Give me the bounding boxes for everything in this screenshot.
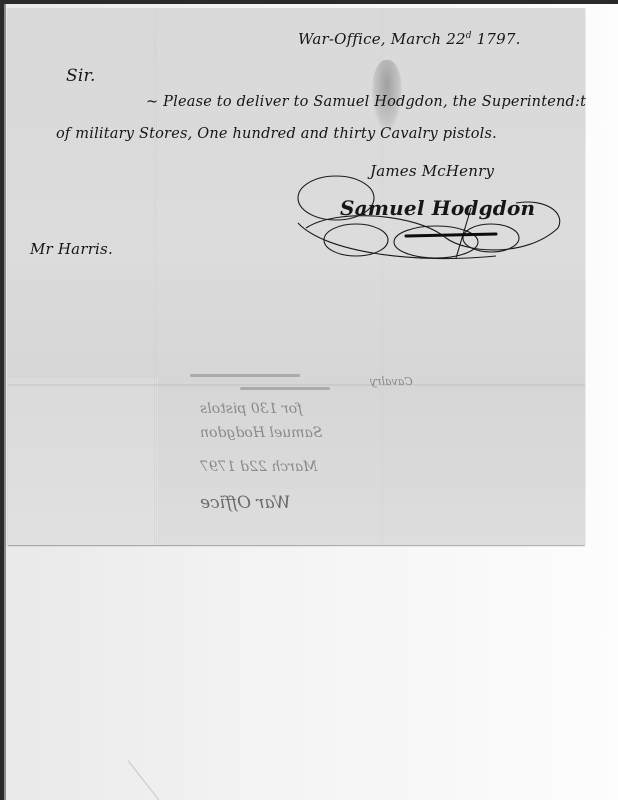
dateline-place: War-Office, (298, 30, 386, 48)
scan-frame-left-shadow (4, 4, 6, 800)
body-line: ~ Please to deliver to Samuel Hodgdon, t… (146, 94, 586, 110)
dateline-year: 1797. (477, 30, 521, 48)
bleed-line: War Office (200, 493, 291, 513)
paper-fold-vertical (154, 8, 157, 545)
paper-lighter-region (8, 378, 158, 545)
bleed-line: Samuel Hodgdon (200, 425, 322, 441)
dateline: War-Office, March 22d 1797. (298, 30, 521, 48)
dateline-day-suffix: d (466, 31, 472, 41)
bleed-through-text: Cavalry for 130 pistols Samuel Hodgdon M… (200, 375, 430, 535)
bleed-line: March 22d 1797 (200, 459, 318, 475)
dateline-day: 22 (446, 30, 466, 48)
signature-secondary: Samuel Hodgdon (340, 196, 535, 220)
body-line: of military Stores, One hundred and thir… (56, 126, 497, 142)
scan-frame-top-edge (0, 0, 618, 4)
addressee: Mr Harris. (30, 240, 113, 258)
bleed-line: for 130 pistols (200, 401, 302, 417)
dateline-month: March (391, 30, 442, 48)
salutation: Sir. (66, 66, 96, 86)
bleed-line: Cavalry (370, 375, 413, 388)
